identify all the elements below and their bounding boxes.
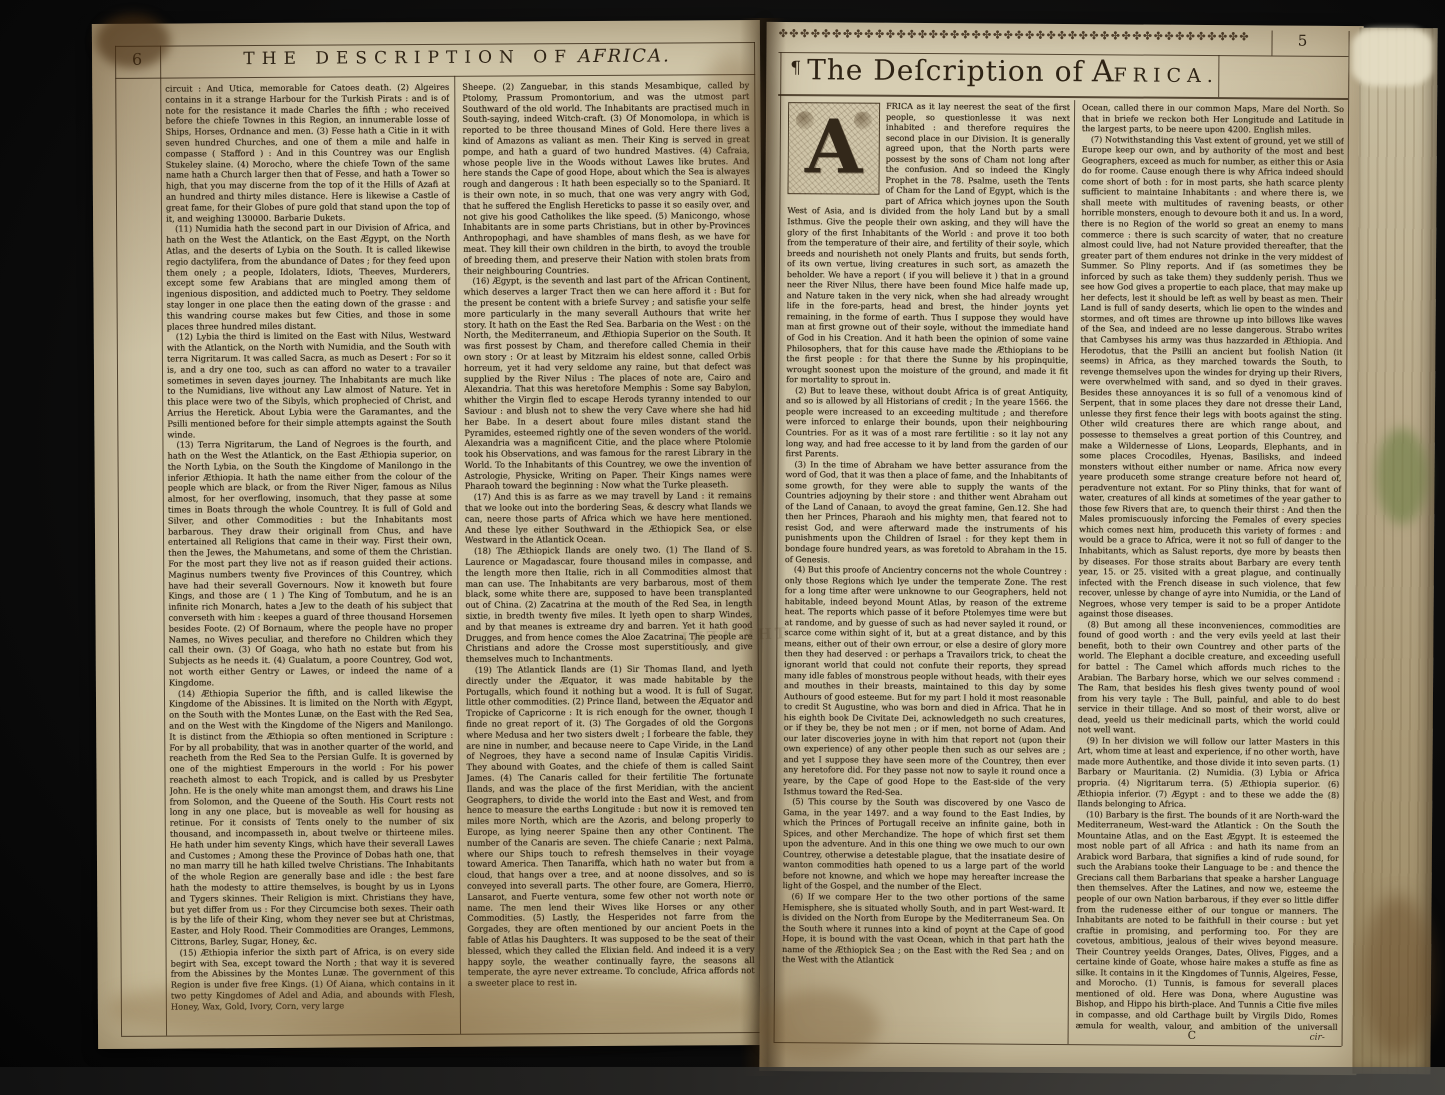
right-page: ✤✤✤✤✤✤✤✤✤✤✤✤✤✤✤✤✤✤✤✤✤✤✤✤✤✤✤✤✤✤✤✤✤✤✤✤✤✤✤✤… xyxy=(759,22,1363,1075)
left-page-number: 6 xyxy=(116,50,158,69)
paragraph: (2) But to leave these, without doubt Af… xyxy=(786,385,1069,461)
right-column-2: Ocean, called there in our common Maps, … xyxy=(1076,102,1344,1032)
paragraph: (14) Æthiopia Superior the fifth, and is… xyxy=(169,686,455,947)
title-box-rule xyxy=(1218,55,1219,97)
paragraph: (4) But this proofe of Ancientry concern… xyxy=(783,564,1067,798)
paragraph: (19) The Atlantick Ilands are (1) Sir Th… xyxy=(466,663,755,989)
gutter-shadow xyxy=(740,18,786,1076)
paragraph: (13) Terra Nigritarum, the Land of Negro… xyxy=(167,438,453,688)
photo-background: 6 THE DESCRIPTION OF AFRICA. circuit : A… xyxy=(0,0,1445,1095)
left-column-1: circuit : And Utica, memorable for Catoe… xyxy=(165,82,455,1034)
paragraph: (10) Barbary is the first. The bounds of… xyxy=(1076,809,1340,1032)
signature-mark: C xyxy=(1188,1029,1197,1042)
paragraph: (18) The Æthiopick Ilands are onely two.… xyxy=(465,544,753,665)
left-page: 6 THE DESCRIPTION OF AFRICA. circuit : A… xyxy=(92,20,766,1049)
left-page-title: THE DESCRIPTION OF AFRICA. xyxy=(162,45,752,70)
catchword: cir- xyxy=(1310,1033,1325,1043)
title-bottom-rule xyxy=(778,94,1348,100)
paragraph: (15) Æthiopia inferior the sixth part of… xyxy=(171,946,455,1013)
left-column-2: Sheepe. (2) Zanguebar, in this stands Me… xyxy=(462,80,755,1032)
paragraph: (5) This course by the South was discove… xyxy=(783,796,1066,893)
book-fore-edge xyxy=(1352,28,1437,1075)
right-page-title: ¶The Deſcription ofAFRICA. xyxy=(790,52,1220,90)
paragraph: (6) If we compare Her to the two other p… xyxy=(782,891,1065,967)
right-title-africa-rest: FRICA. xyxy=(1113,64,1218,87)
paragraph: (8) But among all these inconveniences, … xyxy=(1078,619,1341,737)
table-surface xyxy=(0,1067,1445,1095)
paragraph: (16) Ægypt, is the seventh and last part… xyxy=(463,274,751,492)
ornament-border: ✤✤✤✤✤✤✤✤✤✤✤✤✤✤✤✤✤✤✤✤✤✤✤✤✤✤✤✤✤✤✤✤✤✤✤✤✤✤✤✤… xyxy=(778,27,1268,54)
left-title-africa: AFRICA. xyxy=(578,46,671,68)
paragraph: (11) Numidia hath the second part in our… xyxy=(166,222,451,332)
column-divider-rule xyxy=(454,76,461,1034)
paragraph: (3) In the time of Abraham we have bette… xyxy=(785,459,1068,566)
pilcrow-mark: ¶ xyxy=(790,58,801,78)
frame-left-rule xyxy=(115,46,122,1036)
paragraph: circuit : And Utica, memorable for Catoe… xyxy=(165,82,450,224)
paragraph: Sheepe. (2) Zanguebar, in this stands Me… xyxy=(462,80,750,276)
dropcap-letter: A xyxy=(805,104,863,190)
paragraph: (9) In her division we will follow our l… xyxy=(1077,735,1340,811)
right-column-1: A FRICA as it lay neerest the seat of th… xyxy=(782,100,1071,1044)
opening-paragraph: A FRICA as it lay neerest the seat of th… xyxy=(786,100,1070,387)
right-title-africa-initial: A xyxy=(1092,54,1114,89)
paragraph: Ocean, called there in our common Maps, … xyxy=(1082,102,1344,135)
paragraph: (12) Lybia the third is limited on the E… xyxy=(167,330,452,440)
woodcut-dropcap: A xyxy=(787,102,880,195)
number-cell-rule xyxy=(1271,30,1272,55)
header-rule xyxy=(115,74,755,79)
right-title-lead: The Deſcription of xyxy=(807,53,1084,88)
right-column-1-rest: (2) But to leave these, without doubt Af… xyxy=(782,385,1068,967)
paragraph: (7) Notwithstanding this Vast extent of … xyxy=(1079,134,1344,621)
left-title-roman: THE DESCRIPTION OF xyxy=(243,47,573,69)
right-page-number: 5 xyxy=(1282,32,1322,50)
paragraph: (17) And this is as farre as we may trav… xyxy=(465,490,752,546)
